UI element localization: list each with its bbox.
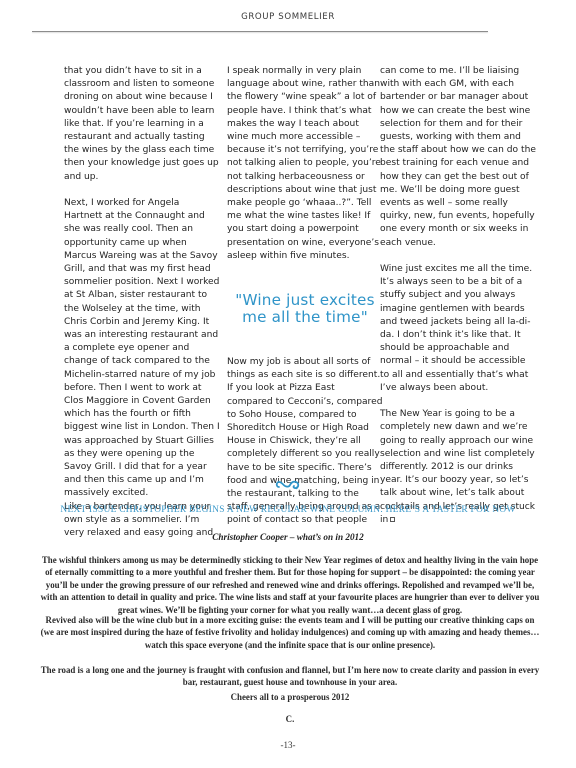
page-number: -13- bbox=[0, 740, 576, 750]
article-paragraph: I speak normally in very plain language … bbox=[227, 65, 383, 263]
article-paragraph: that you didn’t have to sit in a classro… bbox=[64, 65, 220, 184]
swirl-ornament-icon bbox=[275, 478, 303, 492]
teaser-paragraph: The wishful thinkers among us may be det… bbox=[40, 554, 540, 616]
section-title: GROUP SOMMELIER bbox=[0, 12, 576, 22]
article-paragraph: can come to me. I’ll be liaising with wi… bbox=[380, 65, 536, 250]
article-column-2: I speak normally in very plain language … bbox=[227, 65, 383, 541]
article-paragraph: Now my job is about all sorts of things … bbox=[227, 356, 383, 528]
page-header: GROUP SOMMELIER bbox=[0, 0, 576, 40]
teaser-paragraph: The road is a long one and the journey i… bbox=[40, 664, 540, 689]
article-paragraph: Wine just excites me all the time. It’s … bbox=[380, 263, 536, 395]
signoff: C. bbox=[40, 713, 540, 725]
closing-line: Cheers all to a prosperous 2012 bbox=[40, 691, 540, 703]
end-of-article-icon bbox=[390, 517, 395, 522]
article-paragraph: Next, I worked for Angela Hartnett at th… bbox=[64, 197, 220, 501]
pull-quote: "Wine just excites me all the time" bbox=[227, 292, 383, 326]
byline: Christopher Cooper – what’s on in 2012 bbox=[0, 532, 576, 542]
next-issue-heading: NEXT ISSUE CHRISTOPHER BEGINS A NEW REGU… bbox=[0, 505, 576, 515]
teaser-paragraph: Revived also will be the wine club but i… bbox=[40, 614, 540, 651]
article-column-1: that you didn’t have to sit in a classro… bbox=[64, 65, 220, 553]
header-divider bbox=[32, 31, 488, 32]
article-column-3: can come to me. I’ll be liaising with wi… bbox=[380, 65, 536, 540]
